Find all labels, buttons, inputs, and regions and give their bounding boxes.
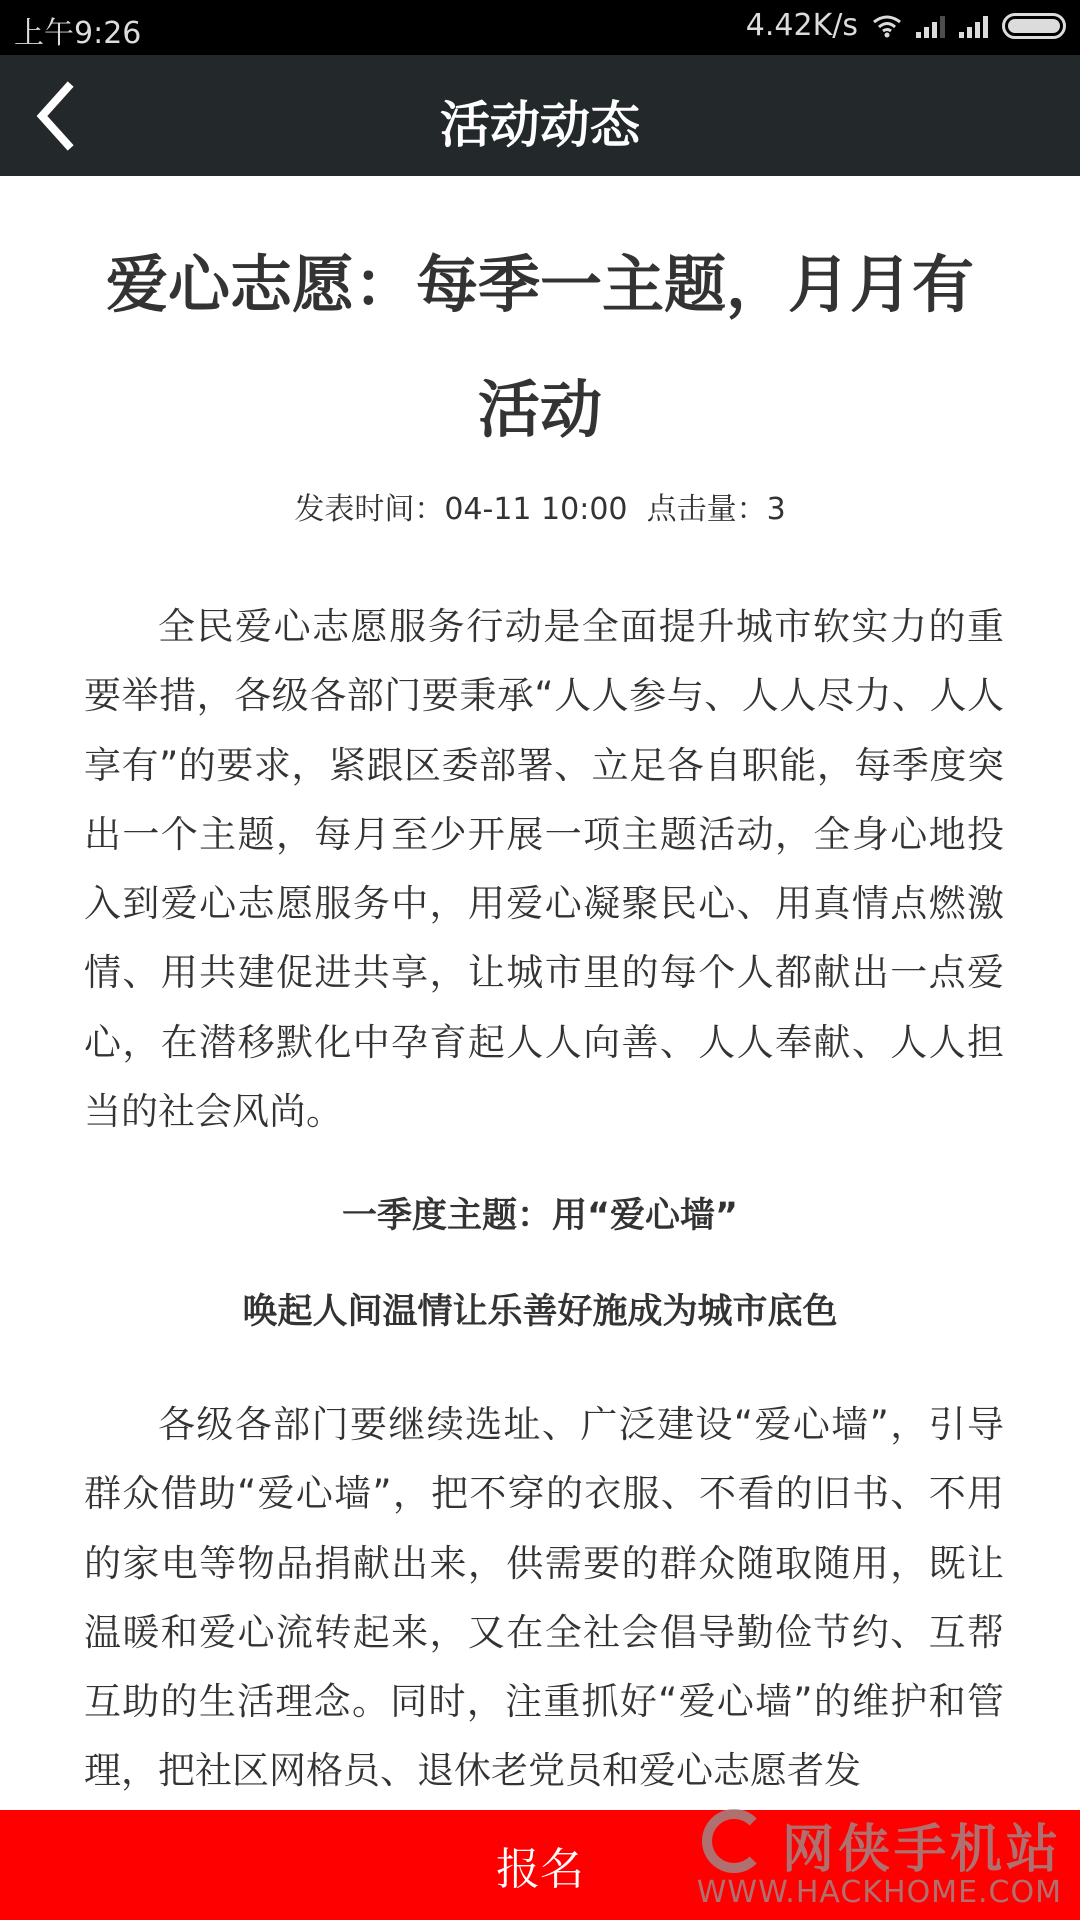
- article-title: 爱心志愿：每季一主题，月月有活动: [80, 222, 1000, 472]
- wifi-icon: [872, 14, 902, 38]
- app-bar: 活动动态: [0, 55, 1080, 176]
- section-subheading: 唤起人间温情让乐善好施成为城市底色: [0, 1284, 1080, 1334]
- status-time: 上午9:26: [14, 8, 141, 52]
- signal-icon: [959, 14, 988, 38]
- signup-label: 报名: [496, 1833, 584, 1897]
- status-icons: 4.42K/s: [746, 8, 1066, 43]
- status-bar: 上午9:26 4.42K/s: [0, 0, 1080, 55]
- signup-button[interactable]: 报名: [0, 1810, 1080, 1920]
- network-speed: 4.42K/s: [746, 8, 858, 43]
- battery-icon: [1002, 13, 1066, 39]
- article-paragraph: 全民爱心志愿服务行动是全面提升城市软实力的重要举措，各级各部门要秉承“人人参与、…: [84, 592, 1004, 1146]
- article-content[interactable]: 爱心志愿：每季一主题，月月有活动 发表时间：04-11 10:00 点击量：3 …: [0, 176, 1080, 1810]
- section-heading: 一季度主题：用“爱心墙”: [0, 1188, 1080, 1238]
- signal-icon: [916, 14, 945, 38]
- page-title: 活动动态: [0, 85, 1080, 157]
- article-meta: 发表时间：04-11 10:00 点击量：3: [0, 484, 1080, 528]
- article-paragraph: 各级各部门要继续选址、广泛建设“爱心墙”，引导群众借助“爱心墙”，把不穿的衣服、…: [84, 1390, 1004, 1806]
